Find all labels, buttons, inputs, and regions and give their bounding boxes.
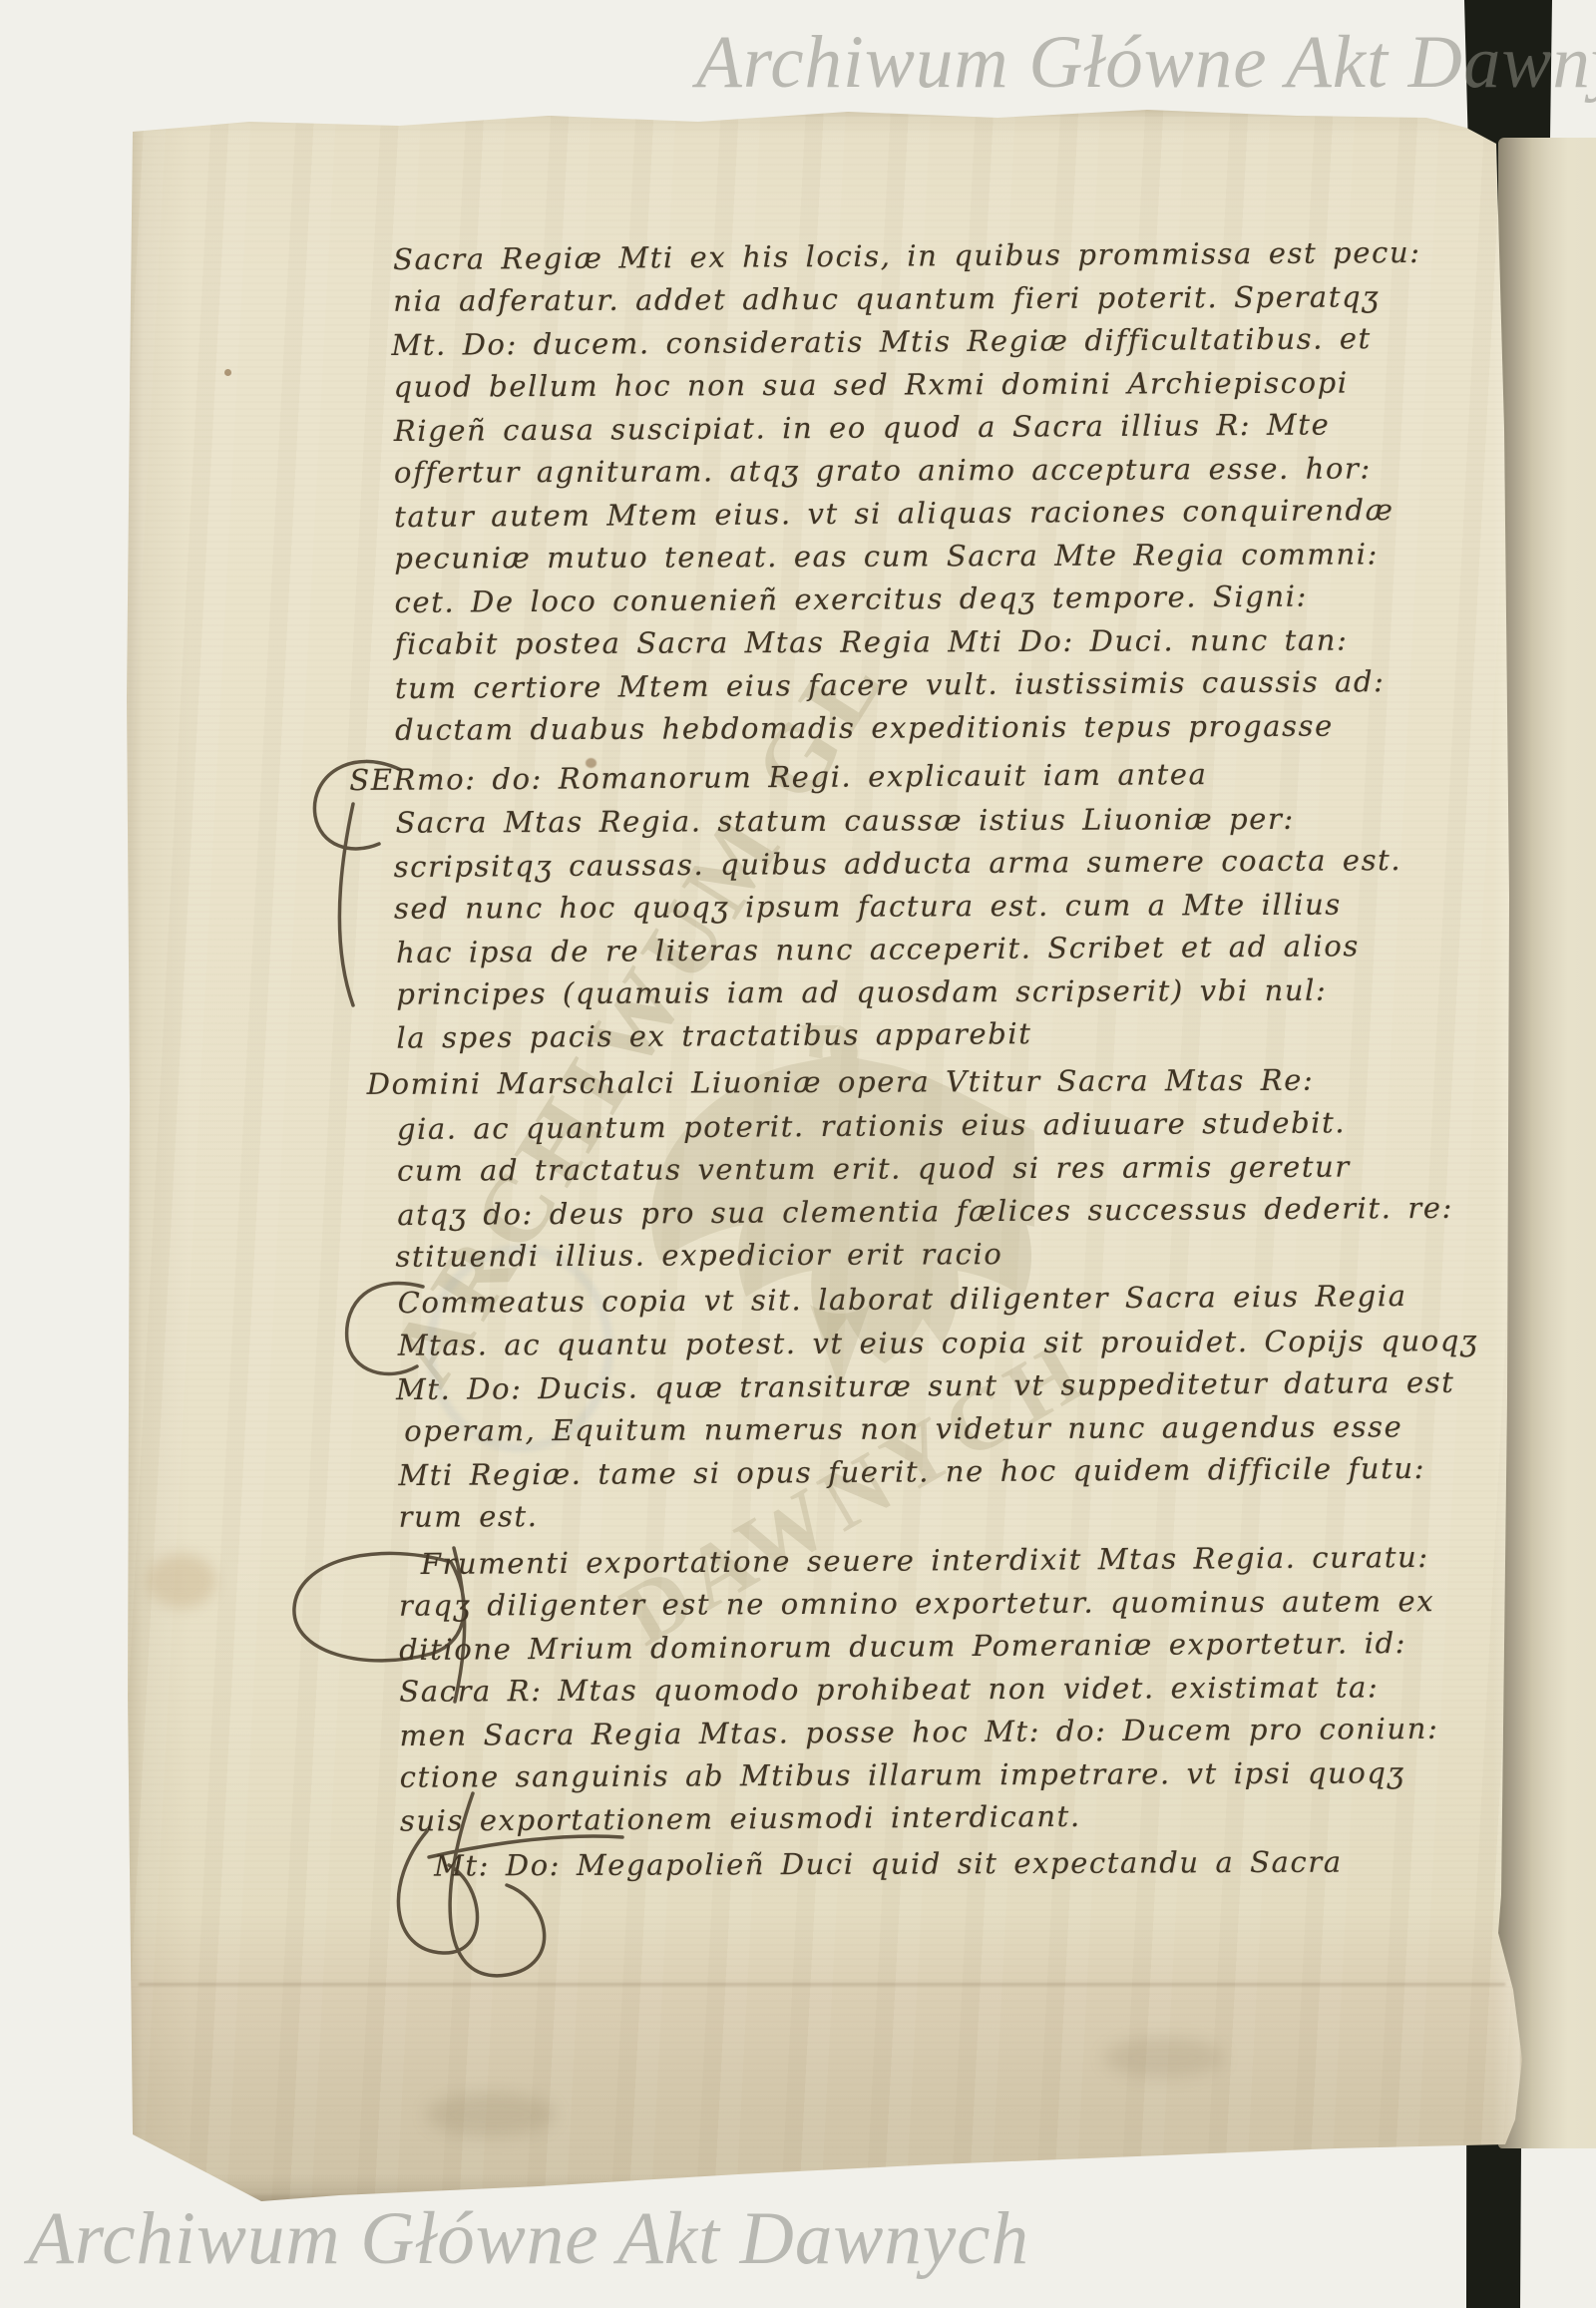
archive-watermark-top: Archiwum Główne Akt Dawnych: [696, 20, 1596, 106]
manuscript-line: principes (quamuis iam ad quosdam scrips…: [396, 973, 1327, 1011]
manuscript-line: Commeatus copia vt sit. laborat diligent…: [398, 1279, 1407, 1320]
manuscript-line: ditione Mrium dominorum ducum Pomeraniæ …: [399, 1626, 1406, 1667]
manuscript-line: quod bellum hoc non sua sed Rxmi domini …: [394, 366, 1349, 404]
manuscript-line: sed nunc hoc quoqʒ ipsum factura est. cu…: [394, 888, 1342, 926]
manuscript-line: Mtas. ac quantu potest. vt eius copia si…: [398, 1324, 1478, 1362]
archive-watermark-bottom: Archiwum Główne Akt Dawnych: [28, 2196, 1029, 2282]
manuscript-text-block: Sacra Regiæ Mti ex his locis, in quibus …: [0, 0, 1596, 2308]
manuscript-line: tatur autem Mtem eius. vt si aliquas rac…: [394, 493, 1395, 534]
manuscript-line: Sacra Mtas Regia. statum caussæ istius L…: [395, 802, 1294, 840]
manuscript-line: ctione sanguinis ab Mtibus illarum impet…: [400, 1755, 1405, 1793]
manuscript-line: Sacra R: Mtas quomodo prohibeat non vide…: [399, 1670, 1379, 1708]
manuscript-line: Rigeñ causa suscipiat. in eo quod a Sacr…: [394, 407, 1331, 448]
manuscript-line: ductam duabus hebdomadis expeditionis te…: [395, 709, 1334, 747]
manuscript-line: ficabit postea Sacra Mtas Regia Mti Do: …: [395, 623, 1349, 661]
manuscript-line: suis exportationem eiusmodi interdicant.: [400, 1799, 1081, 1838]
manuscript-line: Mt. Do: Ducis. quæ transituræ sunt vt su…: [396, 1365, 1455, 1406]
manuscript-line: stituendi illius. expedicior erit racio: [395, 1237, 1002, 1274]
manuscript-line: tum certiore Mtem eius facere vult. iust…: [395, 664, 1386, 705]
manuscript-line: gia. ac quantum poterit. rationis eius a…: [397, 1105, 1347, 1146]
manuscript-line: rum est.: [399, 1499, 539, 1534]
manuscript-line: Sacra Regiæ Mti ex his locis, in quibus …: [393, 235, 1421, 276]
manuscript-line: nia adferatur. addet adhuc quantum fieri…: [393, 279, 1380, 317]
manuscript-line: Mti Regiæ. tame si opus fuerit. ne hoc q…: [398, 1451, 1425, 1492]
manuscript-line: men Sacra Regia Mtas. posse hoc Mt: do: …: [399, 1712, 1438, 1752]
manuscript-line: SERmo: do: Romanorum Regi. explicauit ia…: [349, 757, 1207, 797]
manuscript-line: scripsitqʒ caussas. quibus adducta arma …: [394, 843, 1402, 884]
manuscript-line: cet. De loco conuenieñ exercitus deqʒ te…: [394, 579, 1308, 619]
manuscript-scan: ARCHIWUM GŁ DAWNYCH Sacra Regiæ Mti ex h…: [0, 0, 1596, 2308]
manuscript-line: Mt: Do: Megapolieñ Duci quid sit expecta…: [434, 1845, 1343, 1883]
manuscript-line: atqʒ do: deus pro sua clementia fælices …: [397, 1191, 1453, 1232]
manuscript-line: operam, Equitum numerus non videtur nunc…: [404, 1409, 1402, 1447]
manuscript-line: cum ad tractatus ventum erit. quod si re…: [397, 1150, 1351, 1188]
manuscript-line: Mt. Do: ducem. consideratis Mtis Regiæ d…: [391, 321, 1372, 362]
manuscript-line: offertur agnituram. atqʒ grato animo acc…: [394, 451, 1372, 489]
manuscript-line: hac ipsa de re literas nunc acceperit. S…: [396, 929, 1360, 969]
manuscript-line: raqʒ diligenter est ne omnino exportetur…: [399, 1584, 1434, 1623]
manuscript-line: la spes pacis ex tractatibus apparebit: [396, 1016, 1031, 1054]
manuscript-line: pecuniæ mutuo teneat. eas cum Sacra Mte …: [394, 537, 1379, 575]
manuscript-line: Domini Marschalci Liuoniæ opera Vtitur S…: [367, 1063, 1315, 1101]
manuscript-line: Frumenti exportatione seuere interdixit …: [421, 1540, 1429, 1581]
